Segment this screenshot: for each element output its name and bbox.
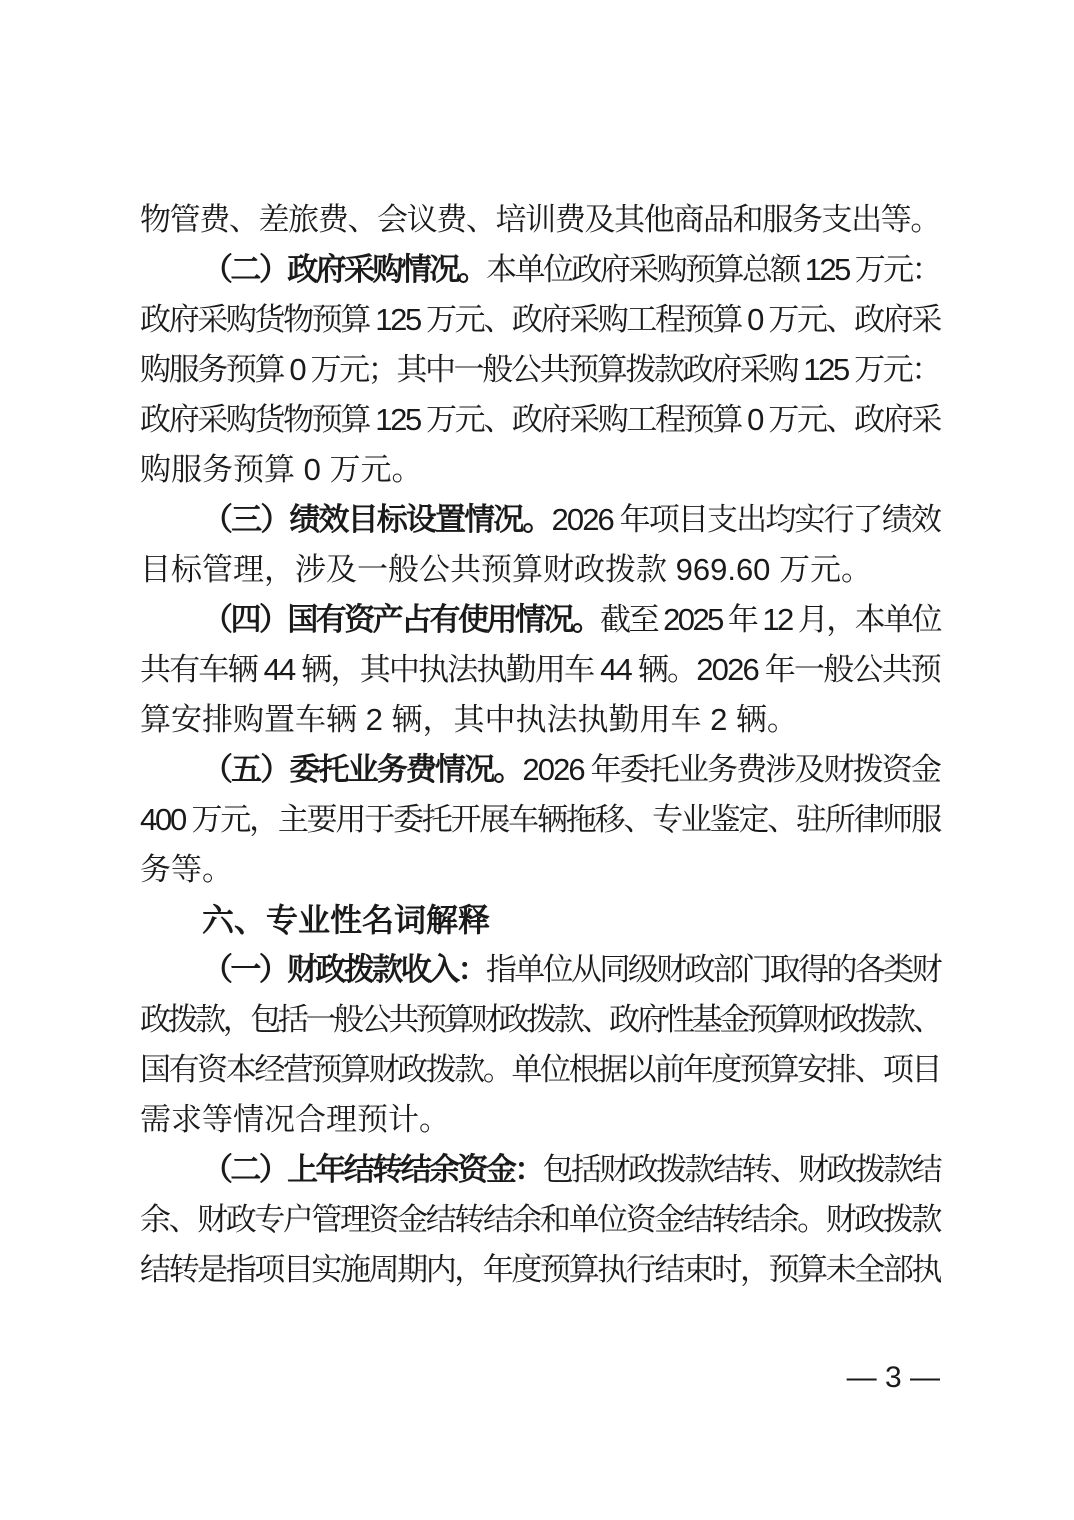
- line-text: 2026 年项目支出均实行了绩效: [551, 502, 940, 537]
- line-text: 指单位从同级财政部门取得的各类财: [486, 952, 940, 987]
- page-footer: — 3 —: [847, 1358, 940, 1398]
- paragraph-lead: （五）委托业务费情况。: [202, 752, 522, 787]
- text-line: 余、财政专户管理资金结转结余和单位资金结转结余。财政拨款: [140, 1195, 940, 1245]
- text-line: 目标管理，涉及一般公共预算财政拨款 969.60 万元。: [140, 545, 872, 595]
- paragraph-performance-targets: （三）绩效目标设置情况。2026 年项目支出均实行了绩效: [140, 495, 940, 545]
- text-line: 结转是指项目实施周期内，年度预算执行结束时，预算未全部执: [140, 1245, 940, 1295]
- paragraph-lead: （二）政府采购情况。: [202, 252, 486, 287]
- page-number: — 3 —: [847, 1361, 940, 1394]
- document-page: 物管费、差旅费、会议费、培训费及其他商品和服务支出等。 （二）政府采购情况。本单…: [0, 0, 1074, 1520]
- text-line: 算安排购置车辆 2 辆，其中执法执勤用车 2 辆。: [140, 695, 798, 745]
- text-line: 国有资本经营预算财政拨款。单位根据以前年度预算安排、项目: [140, 1045, 940, 1095]
- line-text: 包括财政拨款结转、财政拨款结: [543, 1152, 940, 1187]
- text-line: 400 万元，主要用于委托开展车辆拖移、专业鉴定、驻所律师服: [140, 795, 940, 845]
- section-heading: 六、专业性名词解释: [140, 895, 490, 945]
- paragraph-fiscal-appropriation: （一）财政拨款收入：指单位从同级财政部门取得的各类财: [140, 945, 940, 995]
- text-line: 物管费、差旅费、会议费、培训费及其他商品和服务支出等。: [140, 195, 940, 245]
- paragraph-lead: （三）绩效目标设置情况。: [202, 502, 551, 537]
- line-text: 本单位政府采购预算总额 125 万元：: [486, 252, 940, 287]
- paragraph-lead: （四）国有资产占有使用情况。: [202, 602, 600, 637]
- line-text: 截至 2025 年 12 月，本单位: [600, 602, 940, 637]
- paragraph-government-procurement: （二）政府采购情况。本单位政府采购预算总额 125 万元：: [140, 245, 940, 295]
- text-line: 政府采购货物预算 125 万元、政府采购工程预算 0 万元、政府采: [140, 395, 940, 445]
- text-line: 购服务预算 0 万元；其中一般公共预算拨款政府采购 125 万元：: [140, 345, 940, 395]
- text-line: 政府采购货物预算 125 万元、政府采购工程预算 0 万元、政府采: [140, 295, 940, 345]
- text-line: 需求等情况合理预计。: [140, 1095, 450, 1145]
- paragraph-entrusted-services: （五）委托业务费情况。2026 年委托业务费涉及财拨资金: [140, 745, 940, 795]
- text-line: 共有车辆 44 辆，其中执法执勤用车 44 辆。2026 年一般公共预: [140, 645, 940, 695]
- text-line: 政拨款，包括一般公共预算财政拨款、政府性基金预算财政拨款、: [140, 995, 940, 1045]
- paragraph-lead: （一）财政拨款收入：: [202, 952, 486, 987]
- text-line: 购服务预算 0 万元。: [140, 445, 422, 495]
- paragraph-lead: （二）上年结转结余资金：: [202, 1152, 543, 1187]
- paragraph-carryover-funds: （二）上年结转结余资金：包括财政拨款结转、财政拨款结: [140, 1145, 940, 1195]
- paragraph-state-assets: （四）国有资产占有使用情况。截至 2025 年 12 月，本单位: [140, 595, 940, 645]
- line-text: 2026 年委托业务费涉及财拨资金: [522, 752, 940, 787]
- text-line: 务等。: [140, 845, 233, 895]
- document-body: 物管费、差旅费、会议费、培训费及其他商品和服务支出等。 （二）政府采购情况。本单…: [140, 195, 940, 1295]
